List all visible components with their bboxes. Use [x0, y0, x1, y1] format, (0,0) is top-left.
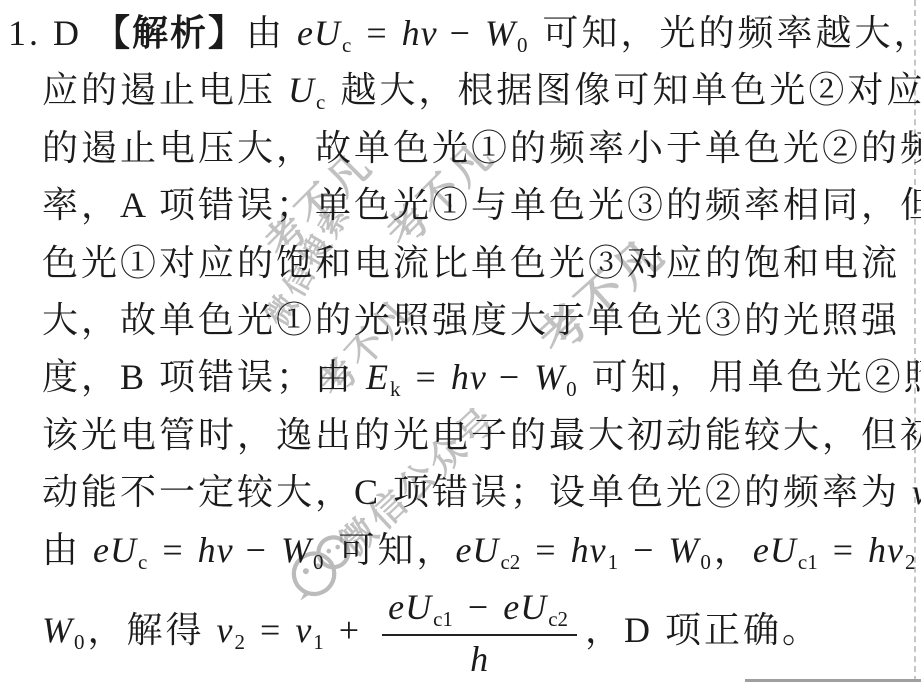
math-subscript: 0 — [517, 33, 528, 57]
math-subscript: c2 — [500, 550, 520, 574]
text-run: 可知， — [326, 530, 455, 570]
math-variable: eU — [297, 13, 341, 53]
math-variable: hν — [868, 530, 904, 570]
text-run: 可知，光的频率越大，对 — [530, 13, 921, 53]
text-run: = — [248, 610, 295, 650]
math-variable: W — [668, 530, 699, 570]
text-run: 度，B 项错误；由 — [42, 357, 366, 397]
math-variable: E — [366, 357, 389, 397]
text-line: 动能不一定较大，C 项错误；设单色光②的频率为 ν2， — [0, 464, 910, 521]
text-line: 1. D 【解析】由 eUc = hν − W0 可知，光的频率越大，对 — [0, 5, 910, 62]
text-run: 大，故单色光①的光照强度大于单色光③的光照强 — [42, 300, 900, 340]
text-run: ， — [714, 530, 753, 570]
text-run: − — [456, 587, 503, 627]
math-variable: hν — [402, 13, 438, 53]
math-variable: eU — [93, 530, 137, 570]
math-subscript: c — [138, 550, 147, 574]
math-variable: eU — [388, 587, 432, 627]
math-subscript: 2 — [235, 630, 246, 654]
text-line: 大，故单色光①的光照强度大于单色光③的光照强 — [0, 292, 910, 349]
math-variable: ν — [912, 472, 921, 512]
text-run: 由 — [42, 530, 93, 570]
text-run: + — [327, 610, 374, 650]
text-run: 越大，根据图像可知单色光②对应 — [328, 70, 921, 110]
math-subscript: 2 — [905, 550, 916, 574]
math-subscript: c2 — [548, 607, 568, 631]
text-line: 的遏止电压大，故单色光①的频率小于单色光②的频 — [0, 120, 910, 177]
math-subscript: 1 — [608, 550, 619, 574]
math-subscript: 0 — [74, 630, 85, 654]
text-run: = — [354, 13, 401, 53]
math-subscript: 0 — [700, 550, 711, 574]
answer-page: 考不凡考不凡微信搜索考不凡微信公众号考不凡 1. D 【解析】由 eUc = h… — [0, 0, 921, 682]
math-variable: eU — [503, 587, 547, 627]
text-run: = — [821, 530, 868, 570]
text-run: − — [234, 530, 281, 570]
text-run: 可知，用单色光②照射 — [580, 357, 921, 397]
text-run: 该光电管时，逸出的光电子的最大初动能较大，但初 — [42, 415, 921, 455]
math-variable: W — [485, 13, 516, 53]
text-run: 应的遏止电压 — [42, 70, 288, 110]
solution-text: 1. D 【解析】由 eUc = hν − W0 可知，光的频率越大，对应的遏止… — [0, 0, 910, 682]
math-subscript: c1 — [433, 607, 453, 631]
text-line: 该光电管时，逸出的光电子的最大初动能较大，但初 — [0, 407, 910, 464]
text-line: 色光①对应的饱和电流比单色光③对应的饱和电流 — [0, 235, 910, 292]
text-line: 由 eUc = hν − W0 可知，eUc2 = hν1 − W0，eUc1 … — [0, 522, 910, 579]
text-run: 1. D — [8, 13, 94, 53]
math-subscript: c1 — [798, 550, 818, 574]
text-run: − — [621, 530, 668, 570]
math-variable: h — [470, 639, 489, 679]
math-variable: eU — [753, 530, 797, 570]
math-subscript: 0 — [313, 550, 324, 574]
math-subscript: c — [316, 90, 325, 114]
text-run: ，D 项正确。 — [585, 610, 821, 650]
math-variable: hν — [451, 357, 487, 397]
text-run: 率，A 项错误；单色光①与单色光③的频率相同，但单 — [42, 185, 921, 225]
text-run: ，解得 — [88, 610, 217, 650]
text-line: 度，B 项错误；由 Ek = hν − W0 可知，用单色光②照射 — [0, 349, 910, 406]
text-line: W0，解得 ν2 = ν1 + eUc1 − eUc2h，D 项正确。 — [0, 579, 910, 682]
text-run: − — [487, 357, 534, 397]
math-variable: hν — [571, 530, 607, 570]
math-variable: U — [288, 70, 315, 110]
math-variable: W — [534, 357, 565, 397]
math-variable: W — [42, 610, 73, 650]
text-run: 色光①对应的饱和电流比单色光③对应的饱和电流 — [42, 243, 900, 283]
math-variable: ν — [217, 610, 234, 650]
math-subscript: c — [342, 33, 351, 57]
analysis-label: 【解析】 — [94, 13, 246, 53]
math-variable: ν — [295, 610, 312, 650]
text-run: = — [523, 530, 570, 570]
text-line: 应的遏止电压 Uc 越大，根据图像可知单色光②对应 — [0, 62, 910, 119]
math-subscript: k — [390, 377, 401, 401]
text-line: 率，A 项错误；单色光①与单色光③的频率相同，但单 — [0, 177, 910, 234]
math-subscript: 1 — [313, 630, 324, 654]
fraction: eUc1 − eUc2h — [382, 587, 577, 681]
math-subscript: 0 — [566, 377, 577, 401]
text-run: 的遏止电压大，故单色光①的频率小于单色光②的频 — [42, 128, 921, 168]
math-variable: W — [281, 530, 312, 570]
text-run: 由 — [246, 13, 297, 53]
math-variable: eU — [455, 530, 499, 570]
text-run: − — [438, 13, 485, 53]
text-run: = — [150, 530, 197, 570]
text-run: = — [404, 357, 451, 397]
math-variable: hν — [198, 530, 234, 570]
text-run: 动能不一定较大，C 项错误；设单色光②的频率为 — [42, 472, 912, 512]
